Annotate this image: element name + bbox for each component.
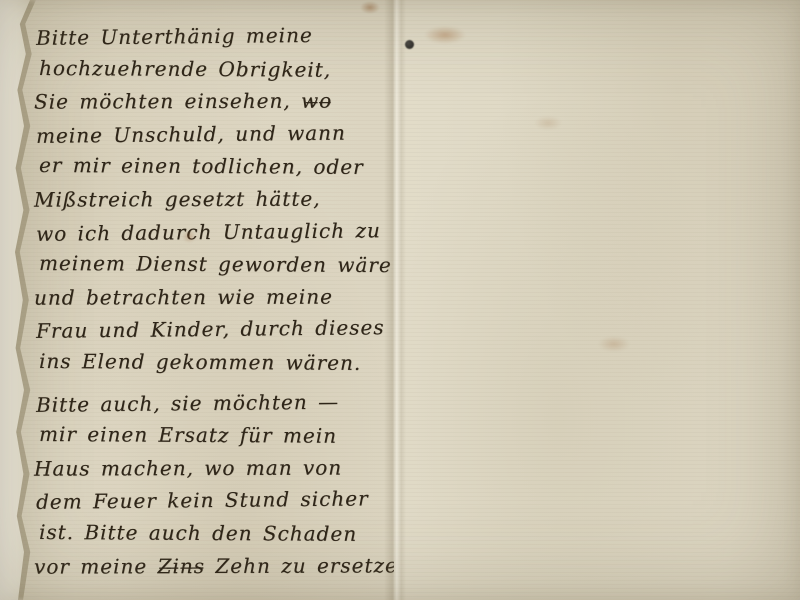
- paragraph: Bitte auch, sie möchten —mir einen Ersat…: [36, 387, 388, 583]
- manuscript-line: hochzuehrende Obrigkeit,: [39, 52, 391, 87]
- manuscript-line: Mißstreich gesetzt hätte,: [34, 182, 386, 216]
- manuscript-line: Bitte Unterthänig meine: [36, 18, 388, 54]
- manuscript-line: dem Feuer kein Stund sicher: [36, 482, 388, 518]
- manuscript-line: vor meine Z̶i̶n̶s̶ Zehn zu ersetzen,: [34, 549, 386, 583]
- manuscript-line: ins Elend gekommen wären.: [39, 345, 391, 380]
- ink-dot: [405, 40, 414, 49]
- page-fold-crease: [384, 0, 406, 600]
- manuscript-line: Bitte auch, sie möchten —: [36, 385, 388, 421]
- manuscript-page-left: Bitte Unterthänig meinehochzuehrende Obr…: [0, 0, 394, 600]
- manuscript-line: meine Unschuld, und wann: [36, 116, 388, 152]
- manuscript-page-right: Auf dem Kirchhof stehen seineKinder, die…: [394, 0, 800, 600]
- manuscript-line: er mir einen todlichen, oder: [39, 149, 391, 184]
- manuscript-line: ist. Bitte auch den Schaden: [39, 516, 391, 551]
- manuscript-line: meinem Dienst geworden wäre: [39, 247, 391, 282]
- manuscript-photo: Bitte Unterthänig meinehochzuehrende Obr…: [0, 0, 800, 600]
- manuscript-line: wo ich dadurch Untauglich zu: [36, 214, 388, 250]
- manuscript-line: Haus machen, wo man von: [34, 451, 386, 485]
- handwritten-text-left: Bitte Unterthänig meinehochzuehrende Obr…: [36, 20, 388, 582]
- paragraph: Bitte Unterthänig meinehochzuehrende Obr…: [36, 20, 388, 379]
- manuscript-line: und betrachten wie meine: [34, 280, 386, 314]
- manuscript-line: mir einen Ersatz für mein: [39, 418, 391, 453]
- manuscript-line: Sie möchten einsehen, w̶o̶: [34, 85, 386, 119]
- manuscript-line: Frau und Kinder, durch dieses: [36, 312, 388, 348]
